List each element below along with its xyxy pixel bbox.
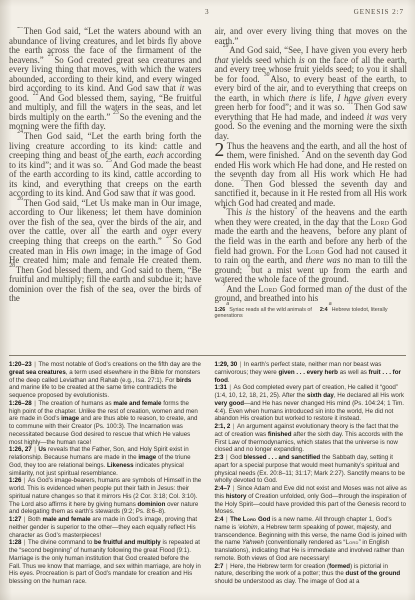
study-note: 1:26–28|The creation of humans as male a…: [9, 400, 202, 447]
note-ref-divider: |: [237, 361, 244, 368]
verse-number: 27: [166, 234, 172, 240]
scripture-paragraph: 4This is the historya of the heavens and…: [215, 208, 408, 284]
verse-number: 2: [302, 148, 305, 154]
note-ref-divider: |: [227, 384, 234, 391]
verse-number: 30: [264, 72, 270, 78]
scripture-paragraph: 7And the Lord God formed man of the dust…: [215, 285, 408, 304]
note-ref: 2:1, 2: [215, 423, 231, 430]
scripture-paragraph: 26Then God said, “Let Us make man in Our…: [9, 199, 202, 304]
study-note: 2:1, 2|An argument against evolutionary …: [215, 423, 408, 454]
verse-number: 3: [241, 177, 244, 183]
study-note: 2:3|God blessed . . . and sanctified the…: [215, 454, 408, 485]
note-ref: 1:26–28: [9, 400, 32, 407]
study-note: 1:26|As God’s image-bearers, humans are …: [9, 477, 202, 516]
running-head: GENESIS 2:7: [354, 8, 404, 16]
note-ref: 1:27: [9, 516, 21, 523]
study-note: 1:27|Both male and female are made in Go…: [9, 516, 202, 539]
scripture-paragraph: air, and over every living thing that mo…: [215, 27, 408, 46]
chapter-number: 2: [215, 143, 225, 159]
study-note: 1:20–23|The most notable of God’s creati…: [9, 361, 202, 400]
verse-number: 5: [334, 224, 337, 230]
note-ref: 1:28: [9, 539, 21, 546]
note-ref-divider: |: [230, 423, 237, 430]
study-notes: 1:20–23|The most notable of God’s creati…: [9, 361, 407, 594]
note-ref-divider: |: [32, 361, 39, 368]
study-note: 1:31|As God completed every part of crea…: [215, 384, 408, 423]
translation-footnotes: 1:26aSyriac reads all the wild animals o…: [215, 307, 408, 320]
note-ref-divider: |: [32, 400, 39, 407]
note-ref-divider: |: [21, 539, 28, 546]
scripture-paragraph: 20Then God said, “Let the waters abound …: [9, 27, 202, 132]
note-ref: 2:4–7: [215, 485, 231, 492]
scripture-text: 20Then God said, “Let the waters abound …: [9, 27, 407, 354]
note-ref-divider: |: [223, 563, 230, 570]
note-ref: 1:29, 30: [215, 361, 238, 368]
verse-number: 28: [9, 263, 15, 269]
note-ref: 1:31: [215, 384, 227, 391]
notes-right-column: 1:29, 30|In earth’s perfect state, neith…: [215, 361, 408, 594]
footnote-marker: a: [294, 205, 297, 211]
notes-left-column: 1:20–23|The most notable of God’s creati…: [9, 361, 202, 594]
study-note: 1:28|The divine command to be fruitful a…: [9, 539, 202, 586]
footnote-ref: 1:26: [215, 307, 226, 313]
scripture-paragraph: 29And God said, “See, I have given you e…: [215, 46, 408, 141]
verse-number: 31: [347, 100, 353, 106]
note-ref: 1:26: [9, 477, 21, 484]
scripture-left-column: 20Then God said, “Let the waters abound …: [9, 27, 202, 354]
notes-separator-rule: [9, 355, 406, 356]
verse-number: 20: [17, 27, 23, 30]
study-note: 2:7|Here, the Hebrew term for creation (…: [215, 563, 408, 586]
footnote-marker: a: [226, 301, 229, 307]
bible-page: 3 GENESIS 2:7 20Then God said, “Let the …: [0, 0, 415, 600]
verse-number: 22: [33, 91, 39, 97]
verse-number: 7: [223, 282, 226, 288]
scripture-paragraph: 2Thus the heavens and the earth, and all…: [215, 142, 408, 209]
page-header: 3 GENESIS 2:7: [10, 8, 404, 19]
note-ref-divider: |: [21, 516, 28, 523]
verse-number: 29: [223, 43, 229, 49]
footnote-item: 1:26aSyriac reads all the wild animals o…: [215, 307, 312, 313]
verse-number: 26: [17, 196, 23, 202]
study-note: 2:4–7|Since Adam and Eve did not exist a…: [215, 485, 408, 516]
note-ref: 1:26, 27: [9, 446, 32, 453]
scripture-right-column: air, and over every living thing that mo…: [215, 27, 408, 354]
verse-number: 6: [247, 263, 250, 269]
note-ref-divider: |: [21, 477, 28, 484]
verse-number: 21: [48, 52, 54, 58]
study-note: 2:4|The Lord God is a new name. All thro…: [215, 516, 408, 563]
scripture-paragraph: 24Then God said, “Let the earth bring fo…: [9, 132, 202, 199]
study-note: 1:26, 27|Us reveals that the Father, Son…: [9, 446, 202, 477]
verse-number: 24: [17, 129, 23, 135]
study-note: 1:29, 30|In earth’s perfect state, neith…: [215, 361, 408, 384]
footnote-marker: a: [100, 224, 103, 230]
verse-number: 25: [106, 158, 112, 164]
verse-number: 23: [113, 110, 119, 116]
note-ref-divider: |: [230, 485, 237, 492]
note-ref: 1:20–23: [9, 361, 32, 368]
footnote-ref: 2:4: [320, 307, 328, 313]
footnote-marker: a: [329, 301, 332, 307]
page-number: 3: [205, 8, 209, 16]
verse-number: 4: [223, 205, 226, 211]
note-ref-divider: |: [223, 454, 230, 461]
